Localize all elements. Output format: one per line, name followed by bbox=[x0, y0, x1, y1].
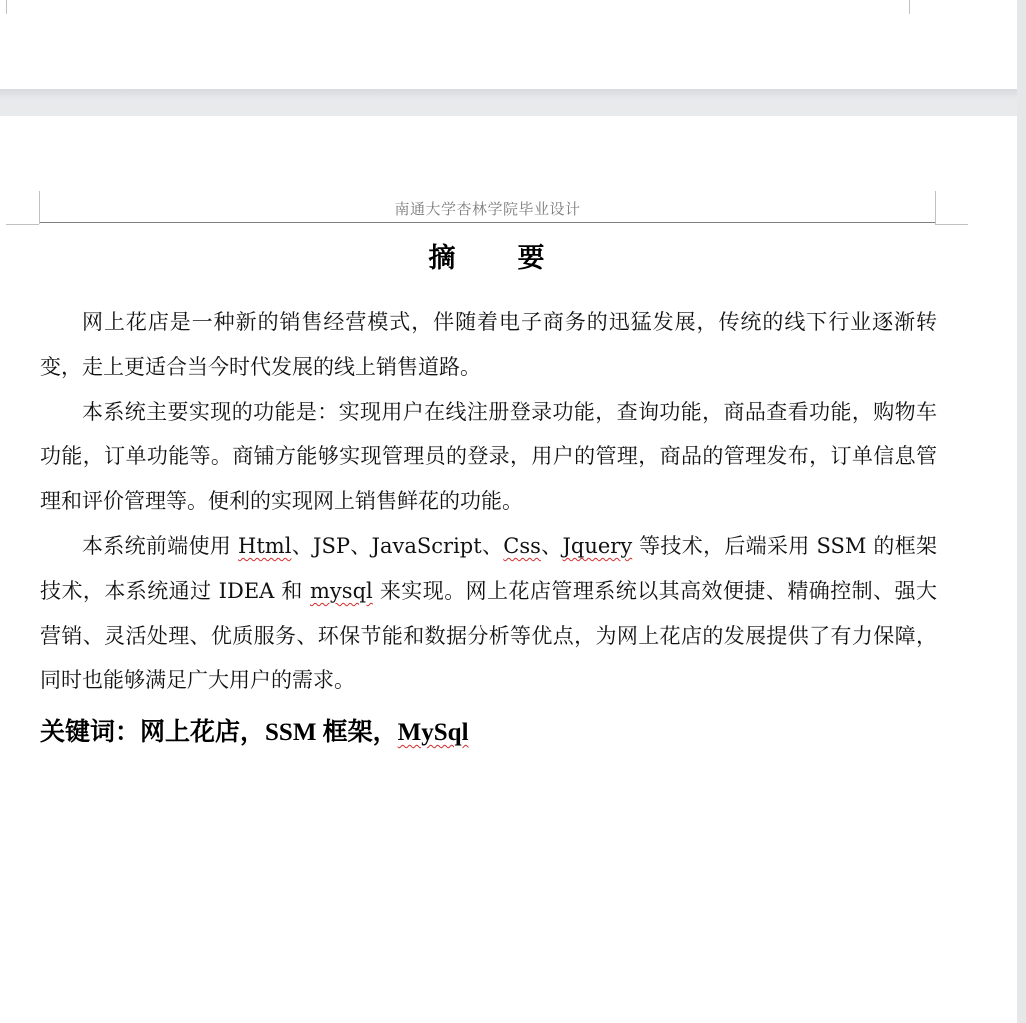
title-char-2: 要 bbox=[518, 243, 547, 274]
abstract-title: 摘要 bbox=[40, 236, 935, 275]
corner-mark-top-right-vertical bbox=[935, 191, 936, 224]
header-rule bbox=[40, 222, 935, 223]
spellcheck-word-html[interactable]: Html bbox=[238, 534, 291, 558]
corner-mark-top-left-horizontal bbox=[6, 224, 39, 225]
page-header: 南通大学杏林学院毕业设计 bbox=[40, 198, 935, 219]
scrollbar-track[interactable] bbox=[1017, 0, 1026, 1023]
keywords-label: 关键词： bbox=[40, 719, 140, 746]
page-separator bbox=[0, 89, 1017, 116]
paragraph-3[interactable]: 本系统前端使用 Html、JSP、JavaScript、Css、Jquery 等… bbox=[40, 524, 937, 703]
margin-mark-left bbox=[6, 0, 7, 14]
title-char-1: 摘 bbox=[429, 243, 458, 274]
text-run: 、JSP、JavaScript、 bbox=[291, 534, 503, 558]
abstract-body[interactable]: 网上花店是一种新的销售经营模式，伴随着电子商务的迅猛发展，传统的线下行业逐渐转变… bbox=[40, 300, 937, 703]
margin-mark-right bbox=[909, 0, 910, 14]
paragraph-2[interactable]: 本系统主要实现的功能是：实现用户在线注册登录功能，查询功能，商品查看功能，购物车… bbox=[40, 390, 937, 524]
text-run: 本系统前端使用 bbox=[82, 534, 238, 558]
keywords-line[interactable]: 关键词：网上花店，SSM 框架，MySql bbox=[40, 712, 469, 748]
document-page[interactable]: 南通大学杏林学院毕业设计 摘要 网上花店是一种新的销售经营模式，伴随着电子商务的… bbox=[0, 116, 1017, 1023]
spellcheck-word-mysql[interactable]: mysql bbox=[310, 579, 373, 603]
spellcheck-word-css[interactable]: Css bbox=[503, 534, 541, 558]
corner-mark-top-right-horizontal bbox=[935, 224, 968, 225]
text-run: 、 bbox=[541, 534, 563, 558]
spellcheck-word-mysql-keyword[interactable]: MySql bbox=[398, 719, 469, 746]
spellcheck-word-jquery[interactable]: Jquery bbox=[562, 534, 632, 558]
previous-page-bottom bbox=[0, 0, 1017, 89]
paragraph-1[interactable]: 网上花店是一种新的销售经营模式，伴随着电子商务的迅猛发展，传统的线下行业逐渐转变… bbox=[40, 300, 937, 390]
keywords-list: 网上花店，SSM 框架， bbox=[140, 719, 398, 746]
